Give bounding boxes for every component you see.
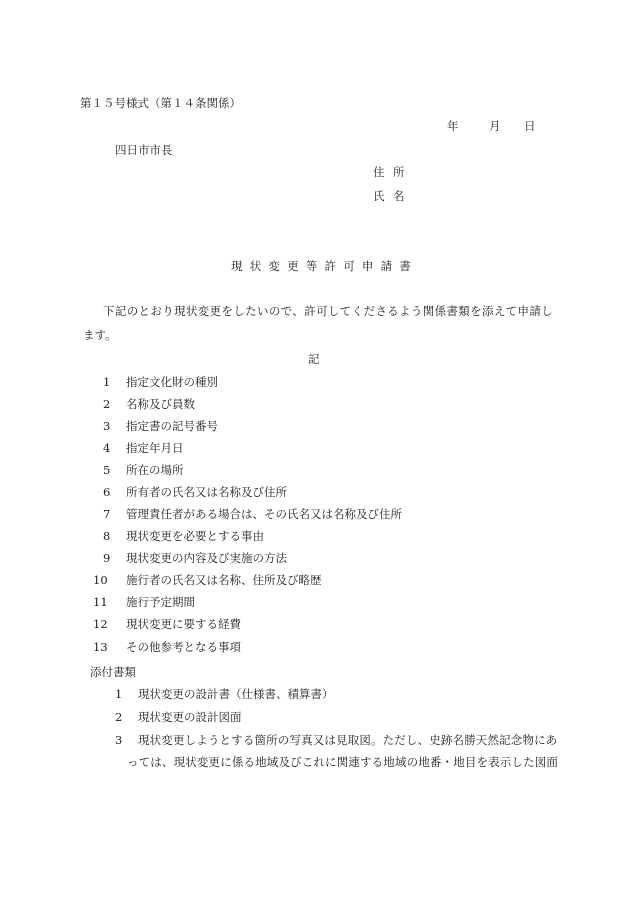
attachment-item: 2現状変更の設計図面 <box>115 712 242 724</box>
list-item: 11施行予定期間 <box>93 597 195 609</box>
attachment-item: 3現状変更しようとする箇所の写真又は見取図。ただし、史跡名勝天然記念物にあ <box>115 735 557 747</box>
list-item: 13その他参考となる事項 <box>93 642 241 654</box>
addressee: 四日市市長 <box>115 145 173 157</box>
year-label: 年 <box>447 121 489 133</box>
day-label: 日 <box>524 121 536 133</box>
list-item: 7管理責任者がある場合は、その氏名又は名称及び住所 <box>103 509 402 521</box>
list-item: 6所有者の氏名又は名称及び住所 <box>103 487 287 499</box>
form-number: 第１５号様式（第１４条関係） <box>80 98 241 110</box>
list-item: 2名称及び員数 <box>103 399 195 411</box>
body-text-line-2: ます。 <box>83 330 117 342</box>
address-label: 住所 <box>373 167 405 179</box>
list-item: 9現状変更の内容及び実施の方法 <box>103 553 287 565</box>
document-title: 現状変更等許可申請書 <box>231 261 418 273</box>
month-label: 月 <box>489 121 524 133</box>
list-item: 5所在の場所 <box>103 465 184 477</box>
name-label: 氏名 <box>373 191 405 203</box>
attachment-item: 1現状変更の設計書（仕様書、積算書） <box>115 689 334 701</box>
list-item: 3指定書の記号番号 <box>103 421 218 433</box>
attachments-heading: 添付書類 <box>90 667 136 679</box>
list-item: 1指定文化財の種別 <box>103 377 218 389</box>
attachment-item-continuation: っては、現状変更に係る地域及びこれに関連する地域の地番・地目を表示した図面 <box>127 757 558 769</box>
body-text-line-1: 下記のとおり現状変更をしたいので、許可してくださるよう関係書類を添えて申請し <box>103 306 553 318</box>
date-line: 年月日 <box>447 121 536 133</box>
list-item: 4指定年月日 <box>103 443 184 455</box>
list-item: 8現状変更を必要とする事由 <box>103 531 264 543</box>
list-item: 12現状変更に要する経費 <box>93 619 241 631</box>
ki-heading: 記 <box>308 354 320 366</box>
list-item: 10施行者の氏名又は名称、住所及び略歴 <box>93 575 322 587</box>
